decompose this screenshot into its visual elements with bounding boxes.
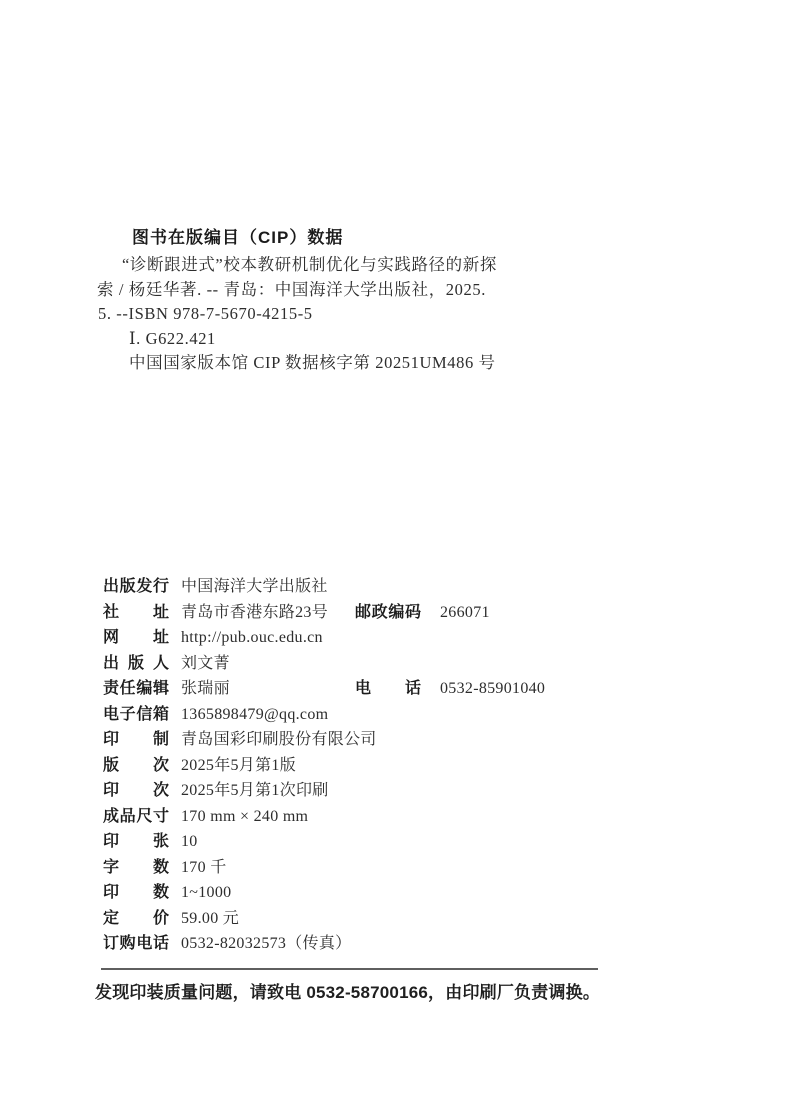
colophon-value: http://pub.ouc.edu.cn (181, 629, 323, 646)
cip-section: 图书在版编目（CIP）数据 “诊断跟进式”校本教研机制优化与实践路径的新探索 /… (97, 226, 577, 376)
colophon-section: 出版发行中国海洋大学出版社社址青岛市香港东路23号邮政编码266071网址htt… (103, 574, 663, 957)
colophon-row: 印次2025年5月第1次印刷 (103, 778, 663, 804)
colophon-row: 定价59.00 元 (103, 906, 663, 932)
cip-line: 索 / 杨廷华著. -- 青岛：中国海洋大学出版社，2025. (97, 278, 577, 303)
cip-line: “诊断跟进式”校本教研机制优化与实践路径的新探 (97, 253, 577, 278)
book-copyright-page: 图书在版编目（CIP）数据 “诊断跟进式”校本教研机制优化与实践路径的新探索 /… (0, 0, 799, 1118)
colophon-value: 170 千 (181, 859, 227, 876)
colophon-label: 成品尺寸 (103, 804, 169, 830)
colophon-value: 10 (181, 833, 198, 850)
cip-line: Ⅰ. G622.421 (97, 327, 577, 352)
colophon-value-secondary: 0532-85901040 (440, 676, 545, 702)
colophon-row: 版次2025年5月第1版 (103, 753, 663, 779)
colophon-label: 订购电话 (103, 931, 169, 957)
colophon-label: 电子信箱 (103, 702, 169, 728)
colophon-value: 刘文菁 (181, 655, 230, 672)
colophon-row: 出版人刘文菁 (103, 651, 663, 677)
colophon-value: 2025年5月第1版 (181, 757, 296, 774)
colophon-label: 定价 (103, 906, 169, 932)
colophon-value: 中国海洋大学出版社 (181, 578, 328, 595)
colophon-row: 责任编辑张瑞丽电话0532-85901040 (103, 676, 663, 702)
colophon-row: 字数170 千 (103, 855, 663, 881)
colophon-label-secondary: 邮政编码 (355, 600, 421, 626)
cip-title: 图书在版编目（CIP）数据 (97, 226, 577, 250)
colophon-row: 出版发行中国海洋大学出版社 (103, 574, 663, 600)
colophon-row: 印数1~1000 (103, 880, 663, 906)
colophon-label: 版次 (103, 753, 169, 779)
colophon-value: 2025年5月第1次印刷 (181, 782, 329, 799)
colophon-row: 成品尺寸170 mm × 240 mm (103, 804, 663, 830)
divider-line (101, 968, 598, 970)
cip-line: 中国国家版本馆 CIP 数据核字第 20251UM486 号 (97, 351, 577, 376)
colophon-label: 责任编辑 (103, 676, 169, 702)
cip-lines: “诊断跟进式”校本教研机制优化与实践路径的新探索 / 杨廷华著. -- 青岛：中… (97, 253, 577, 376)
colophon-value: 1~1000 (181, 884, 231, 901)
colophon-label-secondary: 电话 (355, 676, 421, 702)
colophon-row: 订购电话0532-82032573（传真） (103, 931, 663, 957)
colophon-value: 1365898479@qq.com (181, 706, 328, 723)
colophon-value: 0532-82032573（传真） (181, 935, 351, 952)
colophon-row: 电子信箱1365898479@qq.com (103, 702, 663, 728)
colophon-label: 印制 (103, 727, 169, 753)
colophon-label: 印数 (103, 880, 169, 906)
colophon-row: 网址http://pub.ouc.edu.cn (103, 625, 663, 651)
colophon-label: 出版发行 (103, 574, 169, 600)
colophon-value-secondary: 266071 (440, 600, 490, 626)
colophon-value: 59.00 元 (181, 910, 239, 927)
colophon-label: 字数 (103, 855, 169, 881)
quality-notice: 发现印装质量问题，请致电 0532-58700166，由印刷厂负责调换。 (95, 981, 600, 1005)
colophon-value: 张瑞丽 (181, 680, 230, 697)
colophon-label: 印张 (103, 829, 169, 855)
colophon-label: 出版人 (103, 651, 169, 677)
colophon-label: 网址 (103, 625, 169, 651)
colophon-row: 社址青岛市香港东路23号邮政编码266071 (103, 600, 663, 626)
colophon-value: 青岛市香港东路23号 (181, 604, 328, 621)
colophon-row: 印制青岛国彩印刷股份有限公司 (103, 727, 663, 753)
colophon-value: 青岛国彩印刷股份有限公司 (181, 731, 377, 748)
colophon-label: 社址 (103, 600, 169, 626)
colophon-label: 印次 (103, 778, 169, 804)
cip-line: 5. --ISBN 978-7-5670-4215-5 (97, 302, 577, 327)
colophon-value: 170 mm × 240 mm (181, 808, 308, 825)
colophon-row: 印张10 (103, 829, 663, 855)
